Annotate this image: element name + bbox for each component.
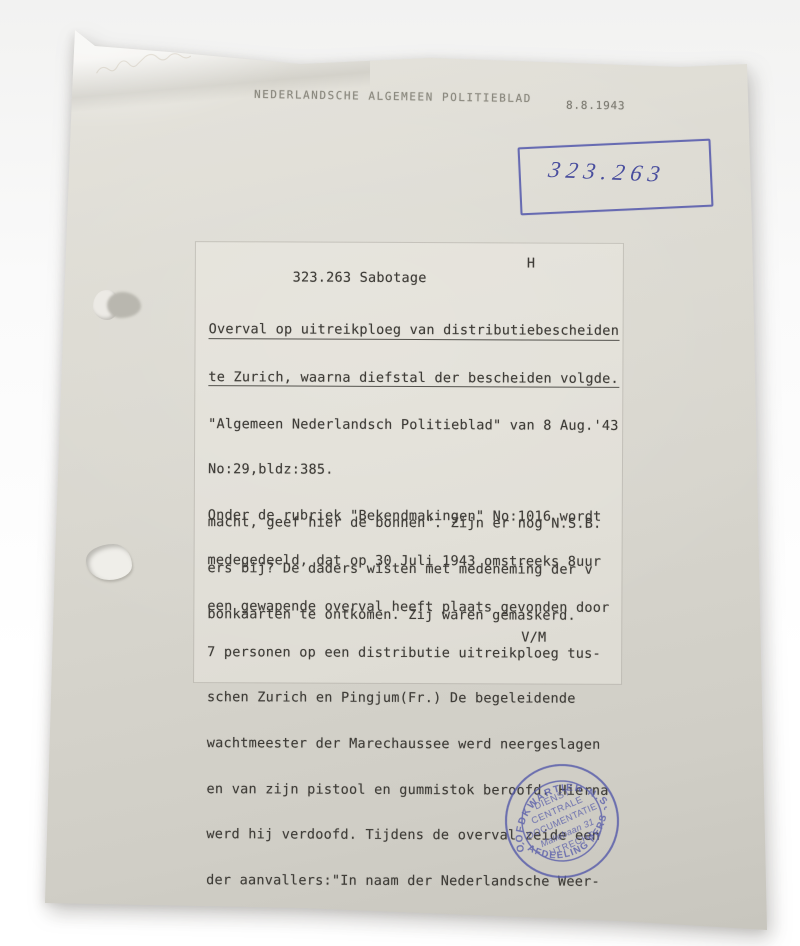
- section-letter: H: [527, 257, 535, 272]
- article-title-line: Overval op uitreikploeg van distributieb…: [209, 323, 620, 341]
- paper-surface: NEDERLANDSCHE ALGEMEEN POLITIEBLAD 8.8.1…: [0, 0, 800, 946]
- typed-line: ers bij? De daders wisten met medeneming…: [208, 561, 602, 578]
- punch-hole-top: [93, 286, 145, 326]
- typed-line: bonkaarten te ontkomen. Zij waren gemask…: [207, 607, 601, 624]
- typed-line: macht, geef hier de bonnen". Zijn er nog…: [208, 516, 602, 533]
- punch-hole-bottom: [82, 540, 138, 584]
- typist-initials: V/M: [521, 630, 546, 645]
- page-header-date: 8.8.1943: [566, 99, 626, 113]
- article-title-line: te Zurich, waarna diefstal der bescheide…: [208, 370, 619, 388]
- typed-line: schen Zurich en Pingjum(Fr.) De begeleid…: [207, 690, 618, 707]
- document-photo: NEDERLANDSCHE ALGEMEEN POLITIEBLAD 8.8.1…: [0, 0, 800, 946]
- reference-number-handwritten: 323.263: [546, 157, 667, 188]
- paper-sheet: NEDERLANDSCHE ALGEMEEN POLITIEBLAD 8.8.1…: [0, 0, 800, 946]
- article-source-line: No:29,bldz:385.: [208, 462, 619, 479]
- reference-stamp-box: 323.263: [518, 139, 714, 216]
- article-source-line: "Algemeen Nederlandsch Politieblad" van …: [208, 417, 619, 434]
- typed-clipping: 323.263 Sabotage H Overval op uitreikplo…: [193, 241, 624, 685]
- article-number: 323.263 Sabotage: [293, 270, 427, 287]
